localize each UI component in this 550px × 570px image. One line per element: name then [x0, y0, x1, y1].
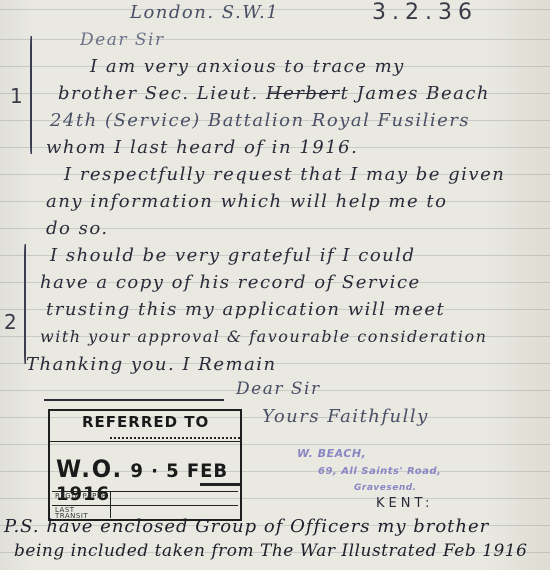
stamp-row-divider [52, 505, 238, 506]
letter-place: London. S.W.1 [130, 2, 279, 23]
p2-line-4: with your approval & favourable consider… [40, 327, 487, 346]
postscript-line-1: P.S. have enclosed Group of Officers my … [4, 516, 489, 537]
margin-bracket-1 [30, 36, 32, 154]
p1-line-7: do so. [46, 218, 109, 239]
closing-dear-sir: Dear Sir [236, 379, 321, 399]
address-county: KENT: [376, 496, 433, 511]
p1-line-6: any information which will help me to [46, 191, 447, 212]
margin-number-2: 2 [4, 310, 17, 334]
letter-page: London. S.W.1 3.2.36 Dear Sir 1 I am ver… [0, 0, 550, 570]
address-street: 69, All Saints' Road, [318, 466, 441, 477]
closing-valediction: Yours Faithfully [262, 406, 429, 427]
p2-line-1: I should be very grateful if I could [50, 245, 416, 266]
margin-number-1: 1 [10, 84, 23, 108]
stamp-title: REFERRED TO [82, 413, 209, 431]
p1-line-5: I respectfully request that I may be giv… [64, 164, 505, 185]
stamp-dotted-line [110, 437, 240, 439]
p1-line-4: whom I last heard of in 1916. [46, 137, 358, 158]
p2-line-5: Thanking you. I Remain [26, 354, 277, 375]
referred-to-stamp: REFERRED TO W.O. 9 · 5 FEB 1916 REGD. PA… [48, 409, 242, 521]
p2-line-2: have a copy of his record of Service [40, 272, 421, 293]
address-name: W. BEACH, [297, 447, 366, 460]
margin-bracket-2 [24, 244, 26, 364]
strikethrough-mark [270, 93, 340, 94]
p1-line-3: 24th (Service) Battalion Royal Fusiliers [50, 110, 470, 131]
p1-line-1: I am very anxious to trace my [90, 56, 405, 77]
stamp-rule [200, 483, 240, 486]
stamp-divider [50, 441, 240, 442]
stamp-cell-regd-paper: REGD. PAPER [55, 493, 109, 499]
stamp-top-rule [44, 399, 224, 401]
address-town: Gravesend. [354, 483, 417, 493]
p2-line-3: trusting this my application will meet [46, 299, 445, 320]
stamp-office: W.O. [56, 455, 123, 483]
letter-date: 3.2.36 [372, 0, 478, 25]
postscript-line-2: being included taken from The War Illust… [14, 541, 527, 561]
salutation: Dear Sir [80, 30, 165, 50]
